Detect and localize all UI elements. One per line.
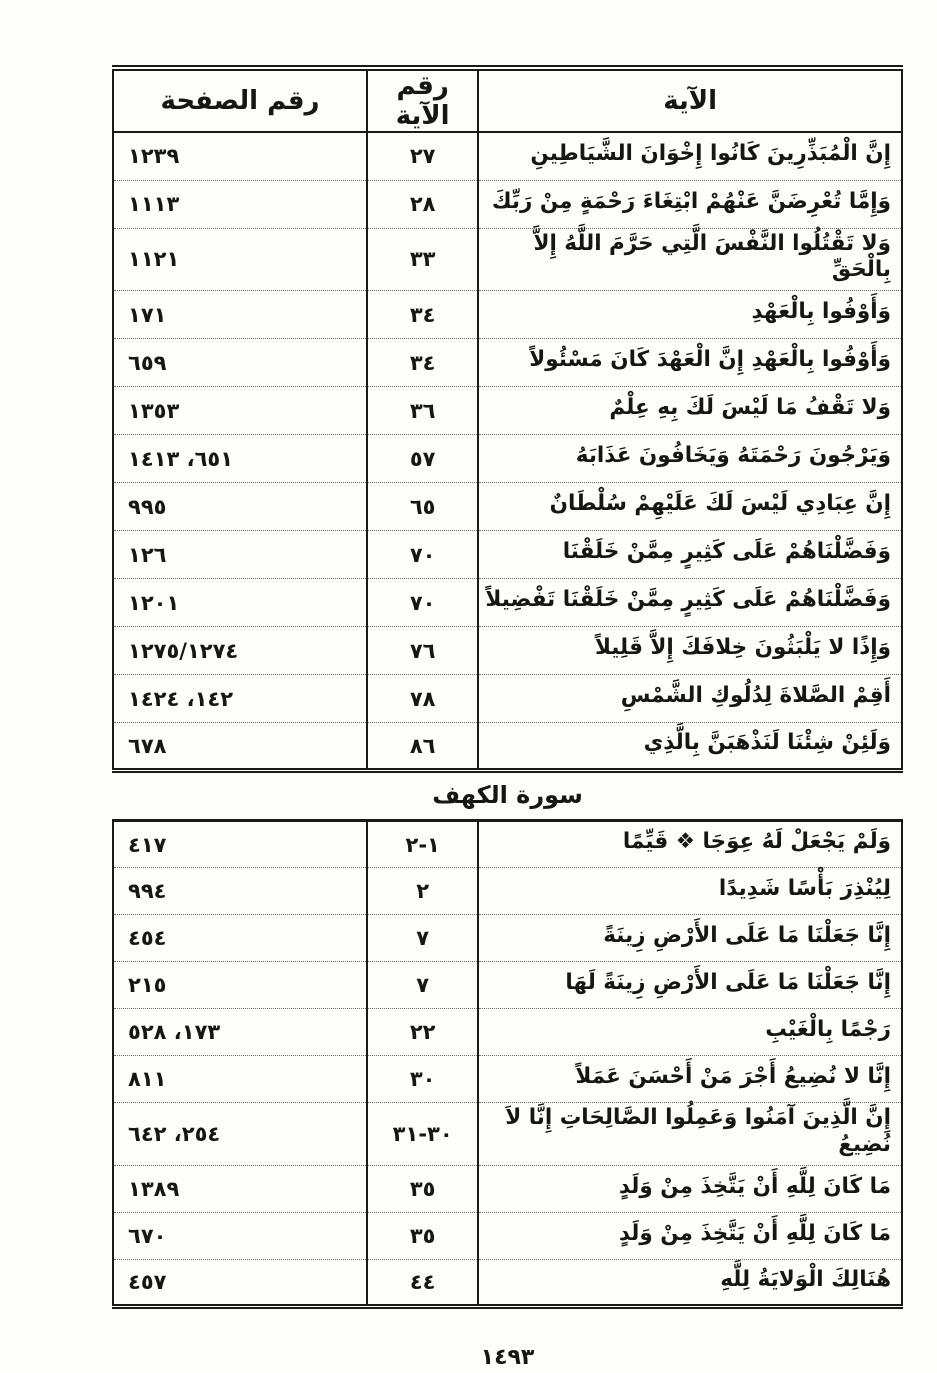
verse-text: وَلَمْ يَجْعَلْ لَهُ عِوَجَا ❖ قَيِّمًا: [478, 821, 902, 868]
page-number: ٨١١: [113, 1056, 367, 1103]
verse-text: وَفَضَّلْنَاهُمْ عَلَى كَثِيرٍ مِمَّنْ خ…: [478, 531, 902, 579]
table-row: وَيَرْجُونَ رَحْمَتَهُ وَيَخَافُونَ عَذَ…: [113, 435, 902, 483]
page-number: ٩٩٤: [113, 868, 367, 915]
table-row: إِنَّ عِبَادِي لَيْسَ لَكَ عَلَيْهِمْ سُ…: [113, 483, 902, 531]
verse-number: ٣٠: [367, 1056, 478, 1103]
verse-text: وَلا تَقْفُ مَا لَيْسَ لَكَ بِهِ عِلْمٌ: [478, 387, 902, 435]
page-number: ١١٢١: [113, 228, 367, 291]
page-number: ١٢٦: [113, 531, 367, 579]
verse-text: أَقِمْ الصَّلاةَ لِدُلُوكِ الشَّمْسِ: [478, 675, 902, 723]
table-row: إِنَّا لا نُضِيعُ أَجْرَ مَنْ أَحْسَنَ ع…: [113, 1056, 902, 1103]
table-row: رَجْمًا بِالْغَيْبِ ٢٢ ١٧٣، ٥٢٨: [113, 1009, 902, 1056]
verse-number: ٧٠: [367, 531, 478, 579]
table-row: مَا كَانَ لِلَّهِ أَنْ يَتَّخِذَ مِنْ وَ…: [113, 1166, 902, 1213]
verse-text: وَإِمَّا تُعْرِضَنَّ عَنْهُمْ ابْتِغَاءَ…: [478, 180, 902, 228]
table-row: وَلَئِنْ شِئْنَا لَنَذْهَبَنَّ بِالَّذِي…: [113, 723, 902, 771]
page-number: ٦٥٩: [113, 339, 367, 387]
verse-text: إِنَّا لا نُضِيعُ أَجْرَ مَنْ أَحْسَنَ ع…: [478, 1056, 902, 1103]
table-row: لِيُنْذِرَ بَأْسًا شَدِيدًا ٢ ٩٩٤: [113, 868, 902, 915]
verse-number: ٥٧: [367, 435, 478, 483]
table-row: أَقِمْ الصَّلاةَ لِدُلُوكِ الشَّمْسِ ٧٨ …: [113, 675, 902, 723]
page-number: ٩٩٥: [113, 483, 367, 531]
table-row: وَفَضَّلْنَاهُمْ عَلَى كَثِيرٍ مِمَّنْ خ…: [113, 579, 902, 627]
verse-text: وَلا تَقْتُلُوا النَّفْسَ الَّتِي حَرَّم…: [478, 228, 902, 291]
verse-number: ٧٠: [367, 579, 478, 627]
verse-number: ٧٨: [367, 675, 478, 723]
verse-text: إِنَّا جَعَلْنَا مَا عَلَى الأَرْضِ زِين…: [478, 962, 902, 1009]
page-number: ٦٧٨: [113, 723, 367, 771]
verse-number: ٢٨: [367, 180, 478, 228]
table-row: وَلَمْ يَجْعَلْ لَهُ عِوَجَا ❖ قَيِّمًا …: [113, 821, 902, 868]
table-row: وَأَوْفُوا بِالْعَهْدِ ٣٤ ١٧١: [113, 291, 902, 339]
section-title-surah-al-kahf: سورة الكهف: [112, 773, 903, 819]
table-row: إِنَّ الْمُبَذِّرِينَ كَانُوا إِخْوَانَ …: [113, 132, 902, 180]
verse-index-table-isra: الآية رقم الآية رقم الصفحة إِنَّ الْمُبَ…: [112, 65, 903, 773]
scanned-page: الآية رقم الآية رقم الصفحة إِنَّ الْمُبَ…: [112, 65, 903, 1370]
table-row: إِنَّا جَعَلْنَا مَا عَلَى الأَرْضِ زِين…: [113, 915, 902, 962]
verse-text: لِيُنْذِرَ بَأْسًا شَدِيدًا: [478, 868, 902, 915]
verse-number: ٣٦: [367, 387, 478, 435]
table-row: مَا كَانَ لِلَّهِ أَنْ يَتَّخِذَ مِنْ وَ…: [113, 1213, 902, 1260]
column-header-verse: الآية: [478, 68, 902, 132]
page-number: ٤١٧: [113, 821, 367, 868]
table-row: وَإِذًا لا يَلْبَثُونَ خِلافَكَ إِلاَّ ق…: [113, 627, 902, 675]
verse-number: ٨٦: [367, 723, 478, 771]
verse-number: ٦٥: [367, 483, 478, 531]
verse-text: إِنَّ الَّذِينَ آمَنُوا وَعَمِلُوا الصَّ…: [478, 1103, 902, 1166]
verse-text: هُنَالِكَ الْوَلايَةُ لِلَّهِ: [478, 1260, 902, 1307]
page-number: ١٧٣، ٥٢٨: [113, 1009, 367, 1056]
verse-index-table-kahf: وَلَمْ يَجْعَلْ لَهُ عِوَجَا ❖ قَيِّمًا …: [112, 819, 903, 1309]
verse-text: وَأَوْفُوا بِالْعَهْدِ إِنَّ الْعَهْدَ ك…: [478, 339, 902, 387]
verse-number: ٣٥: [367, 1213, 478, 1260]
table-row: وَلا تَقْتُلُوا النَّفْسَ الَّتِي حَرَّم…: [113, 228, 902, 291]
table-row: وَلا تَقْفُ مَا لَيْسَ لَكَ بِهِ عِلْمٌ …: [113, 387, 902, 435]
verse-number: ٣٠-٣١: [367, 1103, 478, 1166]
table-row: إِنَّا جَعَلْنَا مَا عَلَى الأَرْضِ زِين…: [113, 962, 902, 1009]
verse-number: ١-٢: [367, 821, 478, 868]
column-header-page: رقم الصفحة: [113, 68, 367, 132]
verse-text: رَجْمًا بِالْغَيْبِ: [478, 1009, 902, 1056]
page-number: ١٢٠١: [113, 579, 367, 627]
verse-text: وَفَضَّلْنَاهُمْ عَلَى كَثِيرٍ مِمَّنْ خ…: [478, 579, 902, 627]
verse-number: ٧: [367, 915, 478, 962]
verse-text: مَا كَانَ لِلَّهِ أَنْ يَتَّخِذَ مِنْ وَ…: [478, 1166, 902, 1213]
verse-text: إِنَّا جَعَلْنَا مَا عَلَى الأَرْضِ زِين…: [478, 915, 902, 962]
verse-number: ٢٧: [367, 132, 478, 180]
page-number: ١١١٣: [113, 180, 367, 228]
verse-text: وَأَوْفُوا بِالْعَهْدِ: [478, 291, 902, 339]
verse-number: ٣٤: [367, 339, 478, 387]
page-number: ١٣٥٣: [113, 387, 367, 435]
verse-text: وَإِذًا لا يَلْبَثُونَ خِلافَكَ إِلاَّ ق…: [478, 627, 902, 675]
column-header-verse-number: رقم الآية: [367, 68, 478, 132]
book-page-number: ١٤٩٣: [112, 1345, 903, 1370]
page-number: ٤٥٤: [113, 915, 367, 962]
page-number: ١٢٣٩: [113, 132, 367, 180]
verse-number: ٢: [367, 868, 478, 915]
verse-text: وَلَئِنْ شِئْنَا لَنَذْهَبَنَّ بِالَّذِي: [478, 723, 902, 771]
table-row: إِنَّ الَّذِينَ آمَنُوا وَعَمِلُوا الصَّ…: [113, 1103, 902, 1166]
verse-number: ٤٤: [367, 1260, 478, 1307]
verse-number: ٣٤: [367, 291, 478, 339]
page-number: ١٣٨٩: [113, 1166, 367, 1213]
verse-number: ٣٥: [367, 1166, 478, 1213]
verse-number: ٧: [367, 962, 478, 1009]
table-row: وَإِمَّا تُعْرِضَنَّ عَنْهُمْ ابْتِغَاءَ…: [113, 180, 902, 228]
verse-text: إِنَّ الْمُبَذِّرِينَ كَانُوا إِخْوَانَ …: [478, 132, 902, 180]
page-number: ٦٥١، ١٤١٣: [113, 435, 367, 483]
page-number: ٢١٥: [113, 962, 367, 1009]
table-row: وَأَوْفُوا بِالْعَهْدِ إِنَّ الْعَهْدَ ك…: [113, 339, 902, 387]
verse-number: ٧٦: [367, 627, 478, 675]
table-row: هُنَالِكَ الْوَلايَةُ لِلَّهِ ٤٤ ٤٥٧: [113, 1260, 902, 1307]
verse-text: وَيَرْجُونَ رَحْمَتَهُ وَيَخَافُونَ عَذَ…: [478, 435, 902, 483]
page-number: ١٤٢، ١٤٢٤: [113, 675, 367, 723]
page-number: ٤٥٧: [113, 1260, 367, 1307]
header-row: الآية رقم الآية رقم الصفحة: [113, 68, 902, 132]
page-number: ٦٧٠: [113, 1213, 367, 1260]
verse-number: ٣٣: [367, 228, 478, 291]
page-number: ١٢٧٥/١٢٧٤: [113, 627, 367, 675]
table-row: وَفَضَّلْنَاهُمْ عَلَى كَثِيرٍ مِمَّنْ خ…: [113, 531, 902, 579]
page-number: ٢٥٤، ٦٤٢: [113, 1103, 367, 1166]
verse-number: ٢٢: [367, 1009, 478, 1056]
page-number: ١٧١: [113, 291, 367, 339]
verse-text: إِنَّ عِبَادِي لَيْسَ لَكَ عَلَيْهِمْ سُ…: [478, 483, 902, 531]
verse-text: مَا كَانَ لِلَّهِ أَنْ يَتَّخِذَ مِنْ وَ…: [478, 1213, 902, 1260]
